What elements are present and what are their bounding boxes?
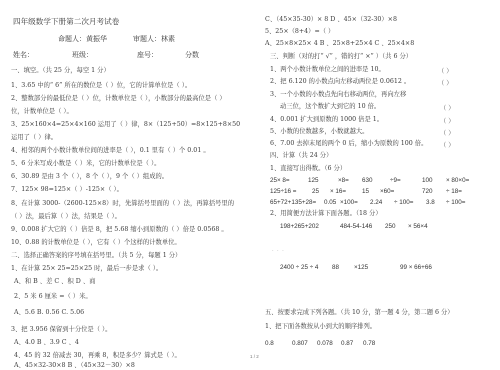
judge-item-3: 3、一个小数的小数点先向右移动两位，再向左移: [270, 91, 406, 99]
dots-decoration: · · ·: [272, 248, 285, 254]
fill-item-3: 3、25×160×4=25×4×160 运用了（ ）律，8×（125+50）=8…: [11, 121, 240, 129]
section1-heading: 一、填空。（共 25 分，每空 1 分）: [11, 67, 110, 75]
fill-item-7: 7、125× 98=125×（ ）-125×（ ）。: [11, 186, 123, 194]
judge-item-1: 1、两个小数计数单位之间的进率是 10。: [270, 66, 385, 74]
choice-q5: 5、25×（8+4）=（ ）: [265, 28, 334, 36]
choice-q3: 3、把 3.956 保留到十分位是（ ）。: [11, 326, 111, 334]
judge-item-4: 4、0.001 扩大到原数的 1000 倍是 1。: [270, 116, 383, 124]
simplify-calc-heading: 2、用简便方法计算下面各题。（18 分）: [270, 210, 382, 218]
choice-q1-options: A、和 B 、差 C 、积 D 、商: [14, 278, 95, 286]
judge-answer-5[interactable]: （ ）: [440, 128, 455, 137]
judge-item-2: 2、把 6.120 的小数点向左移动两位是 0.0612 。: [270, 78, 410, 86]
order-number: 0.807: [292, 340, 308, 347]
judge-answer-3[interactable]: （ ）: [440, 103, 455, 112]
fill-item-3-cont: 运用了（ ）律。: [11, 134, 57, 142]
order-number: 0.78: [363, 340, 375, 347]
order-question: 1、把下面各数按从小到大的顺序排列。: [265, 323, 376, 331]
fill-item-2: 2、整数部分的最低位是（ ）位，计数单位是（ ），小数部分的最高位是（ ）: [11, 95, 226, 103]
author-label: 命题人：黄振华: [58, 35, 107, 43]
seat-field-label: 座号：: [137, 51, 158, 59]
order-number: 0.078: [317, 340, 333, 347]
oral-calc-row-3: 65+72+135+28= 0.05 ×100= 2.24 ÷ 100= 3.8…: [250, 199, 500, 208]
order-numbers-row: 0.8 0.807 0.078 0.87 0.78: [250, 340, 500, 349]
choice-q1: 1、在计算 25× 25=25×25 时，最后一步是求（ ）。: [11, 265, 162, 273]
judge-item-3-cont: 动三位，这个数扩大到它的 10 倍。: [280, 103, 380, 111]
fill-item-8: 8、在计算 3000-（2600-125×8）时，先算括号里面的（ ）法，再算括…: [11, 200, 234, 208]
class-field-label: 班级：: [72, 51, 93, 59]
fill-item-6: 6、30.89 是由 3 个（ ），8 个（ ），9 个（ ）组成的。: [11, 173, 168, 181]
judge-item-5: 5、小数的位数越多，小数就越大。: [270, 128, 368, 136]
judge-answer-1[interactable]: （ ）: [438, 66, 453, 75]
fill-item-10: 10、0.88 的计数单位是（ ），它有（ ）个这样的计数单位。: [11, 239, 181, 247]
choice-q2-options: A、5.6 B. 0.56 C. 5.06: [14, 309, 84, 317]
section5-heading: 五、按要求完成下列各题。（共 10 分，第一题 4 分，第二题 6 分）: [265, 309, 454, 317]
choice-q4-options: A、45×32-30×8 B 、（45×32－30）×8: [14, 362, 135, 370]
choice-q4-options-cont: C、（45×35-30）× 8 D 、45×（32-30）×8: [265, 16, 397, 24]
order-number: 0.8: [265, 340, 274, 347]
judge-answer-6[interactable]: （ ）: [440, 140, 455, 149]
section3-heading: 三、判断（对的打“ √” ，错的打“ ×” ）（共 6 分）: [270, 53, 412, 61]
name-field-label: 姓名：: [13, 51, 34, 59]
simplify-row-1: 198+265+202 484-54-146 250 × 56×4: [250, 223, 500, 232]
choice-q3-options: A、4.0 B 、3.9 C 、4: [14, 339, 79, 347]
fill-item-5: 5、6 分米写成小数是（ ）米，它的计数单位是（ ）。: [11, 160, 160, 168]
choice-q2: 2、5 米 6 厘米 =（ ）米。: [14, 293, 92, 301]
section4-heading: 四、计算（共 24 分）: [270, 152, 332, 160]
exam-title: 四年级数学下册第二次月考试卷: [13, 18, 119, 26]
fill-item-1: 1、3.65 中的“ 6” 所在的数位是（ ）位，它的计算单位是（ ）。: [11, 82, 191, 90]
fill-item-8-cont: （ ）法，最后算（ ）法，结果是（ ）。: [11, 213, 121, 221]
oral-calc-heading: 1、直接写出得数。（6 分）: [270, 165, 346, 173]
judge-answer-4[interactable]: （ ）: [440, 116, 455, 125]
simplify-row-2: 2400 ÷ 25 ÷ 4 88 ×125 99 × 66+66: [250, 264, 500, 273]
fill-item-2-cont: 位，计数单位是（ ）。: [11, 108, 73, 116]
fill-item-4: 4、相邻的两个小数计数单位间的进率是（ ），0.1 里有（ ）个 0.01 。: [11, 147, 210, 155]
exam-page-left: 四年级数学下册第二次月考试卷 命题人：黄振华 审题人：林素 姓名： 班级： 座号…: [0, 0, 250, 370]
oral-calc-row-2: 125÷16 = 25 × 16= 15 ×60= 720 ÷ 18=: [250, 188, 500, 197]
fill-item-9: 9、0.008 扩大它的（ ）倍是 8，把 5.68 缩小到原数的（ ）倍是 0…: [11, 226, 228, 234]
score-field-label: 分数: [185, 51, 199, 59]
choice-q5-options: A、25×8×25× 4 B 、25×8+25×4 C 、25×4×8: [265, 40, 414, 48]
judge-answer-2[interactable]: （ ）: [438, 78, 453, 87]
section2-heading: 二、选择正确答案的序号填在括号里。（共 5 分，每题 1 分）: [11, 252, 181, 260]
choice-q4: 4、45 的 32 倍减去 30，再乘 8，积是多少？算式是（ ）。: [14, 352, 181, 360]
exam-page-right: C、（45×35-30）× 8 D 、45×（32-30）×8 5、25×（8+…: [250, 0, 500, 370]
judge-item-6: 6、7.00 去掉末尾的两个 0 后，缩小为原数的 100 倍。: [270, 140, 427, 148]
reviewer-label: 审题人：林素: [133, 35, 175, 43]
order-number: 0.87: [341, 340, 353, 347]
page-number: 1 / 2: [250, 354, 259, 359]
oral-calc-row-1: 25× 8= 125 ×8= 630 ÷9= 100 × 80×0=: [250, 177, 500, 186]
